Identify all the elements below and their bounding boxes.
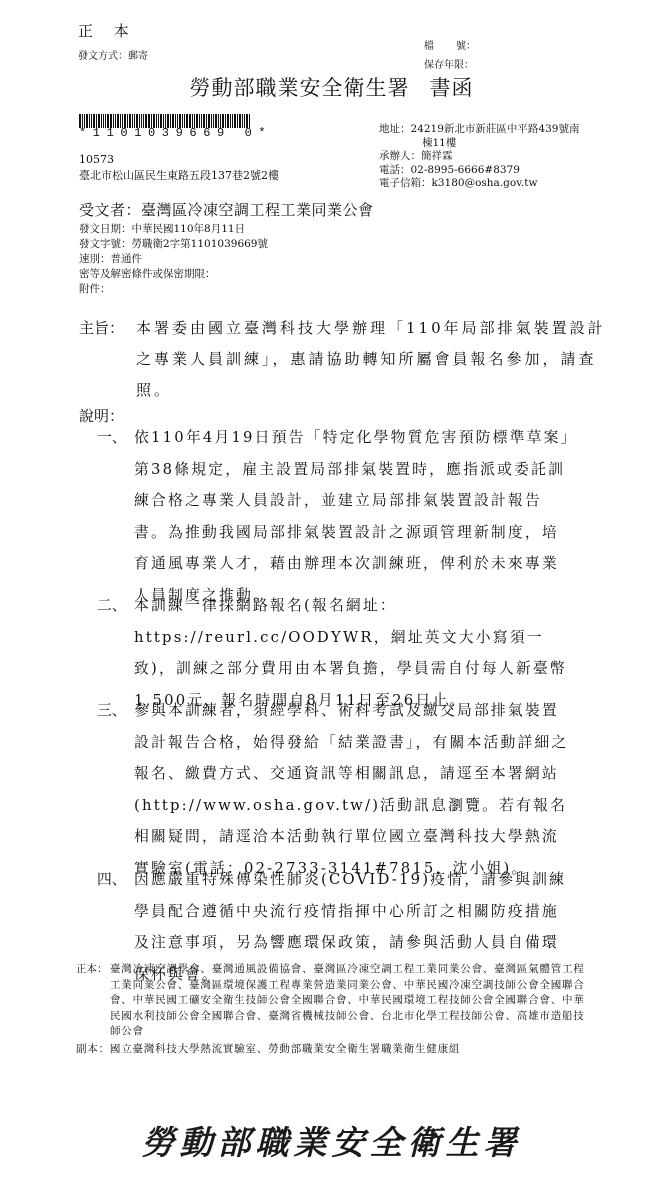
copy-label: 副本： (76, 1043, 110, 1055)
document-meta: 發文日期：中華民國110年8月11日 發文字號：勞職衛2字第1101039669… (79, 222, 268, 297)
item-number: 二、 (97, 590, 127, 622)
item-number: 一、 (97, 422, 127, 454)
recipient-address: 臺北市松山區民生東路五段137巷2號2樓 (79, 167, 279, 183)
recipient: 受文者：臺灣區冷凍空調工程工業同業公會 (79, 199, 374, 220)
item-text: 參與本訓練者，須經學科、術科考試及繳交局部排氣裝置設計報告合格，始得發給「結業證… (134, 695, 574, 884)
sender-info: 地址：24219新北市新莊區中平路439號南 棟11樓 承辦人：簡祥霖 電話：0… (379, 123, 579, 191)
sender-handler: 承辦人：簡祥霖 (379, 150, 579, 164)
sender-phone: 電話：02-8995-6666#8379 (379, 164, 579, 178)
retention-period-field: 保存年限： (424, 56, 474, 71)
copy-list: 國立臺灣科技大學熱流實驗室、勞動部職業安全衛生署職業衛生健康組 (110, 1043, 460, 1055)
recipient-zip: 10573 (79, 153, 114, 166)
item-number: 四、 (97, 864, 127, 896)
attachments: 附件： (79, 282, 268, 297)
agency-name: 勞動部職業安全衛生署 (190, 76, 410, 100)
issue-date: 發文日期：中華民國110年8月11日 (79, 222, 268, 237)
document-number: 發文字號：勞職衛2字第1101039669號 (79, 237, 268, 252)
original-list: 臺灣冷凍空調學會、臺灣通風設備協會、臺灣區冷凍空調工程工業同業公會、臺灣區氣體管… (110, 962, 595, 1040)
send-method: 發文方式：郵寄 (78, 47, 148, 62)
file-number-field: 檔號： (424, 37, 476, 52)
sender-address-cont: 棟11樓 (379, 137, 579, 151)
item-number: 三、 (97, 695, 127, 727)
sender-address: 地址：24219新北市新莊區中平路439號南 (379, 123, 579, 137)
delivery-speed: 速別：普通件 (79, 252, 268, 267)
document-title: 勞動部職業安全衛生署書函 (0, 72, 663, 102)
subject-text: 本署委由國立臺灣科技大學辦理「110年局部排氣裝置設計之專業人員訓練」，惠請協助… (136, 313, 606, 406)
distribution-copy: 副本：國立臺灣科技大學熱流實驗室、勞動部職業安全衛生署職業衛生健康組 (76, 1041, 460, 1056)
secrecy-level: 密等及解密條件或保密期限： (79, 267, 268, 282)
subject-label: 主旨： (79, 313, 124, 344)
agency-seal: 勞動部職業安全衛生署 (0, 1117, 663, 1164)
file-number-label: 檔 (424, 41, 434, 52)
file-number-label-suffix: 號： (456, 41, 476, 52)
copy-type: 正 本 (78, 20, 137, 41)
sender-email: 電子信箱：k3180@osha.gov.tw (379, 177, 579, 191)
document-type: 書函 (430, 76, 474, 100)
item-text: 依110年4月19日預告「特定化學物質危害預防標準草案」第38條規定，雇主設置局… (134, 422, 574, 611)
barcode-number: *1101039669 0* (79, 126, 272, 140)
original-label: 正本： (76, 962, 108, 978)
